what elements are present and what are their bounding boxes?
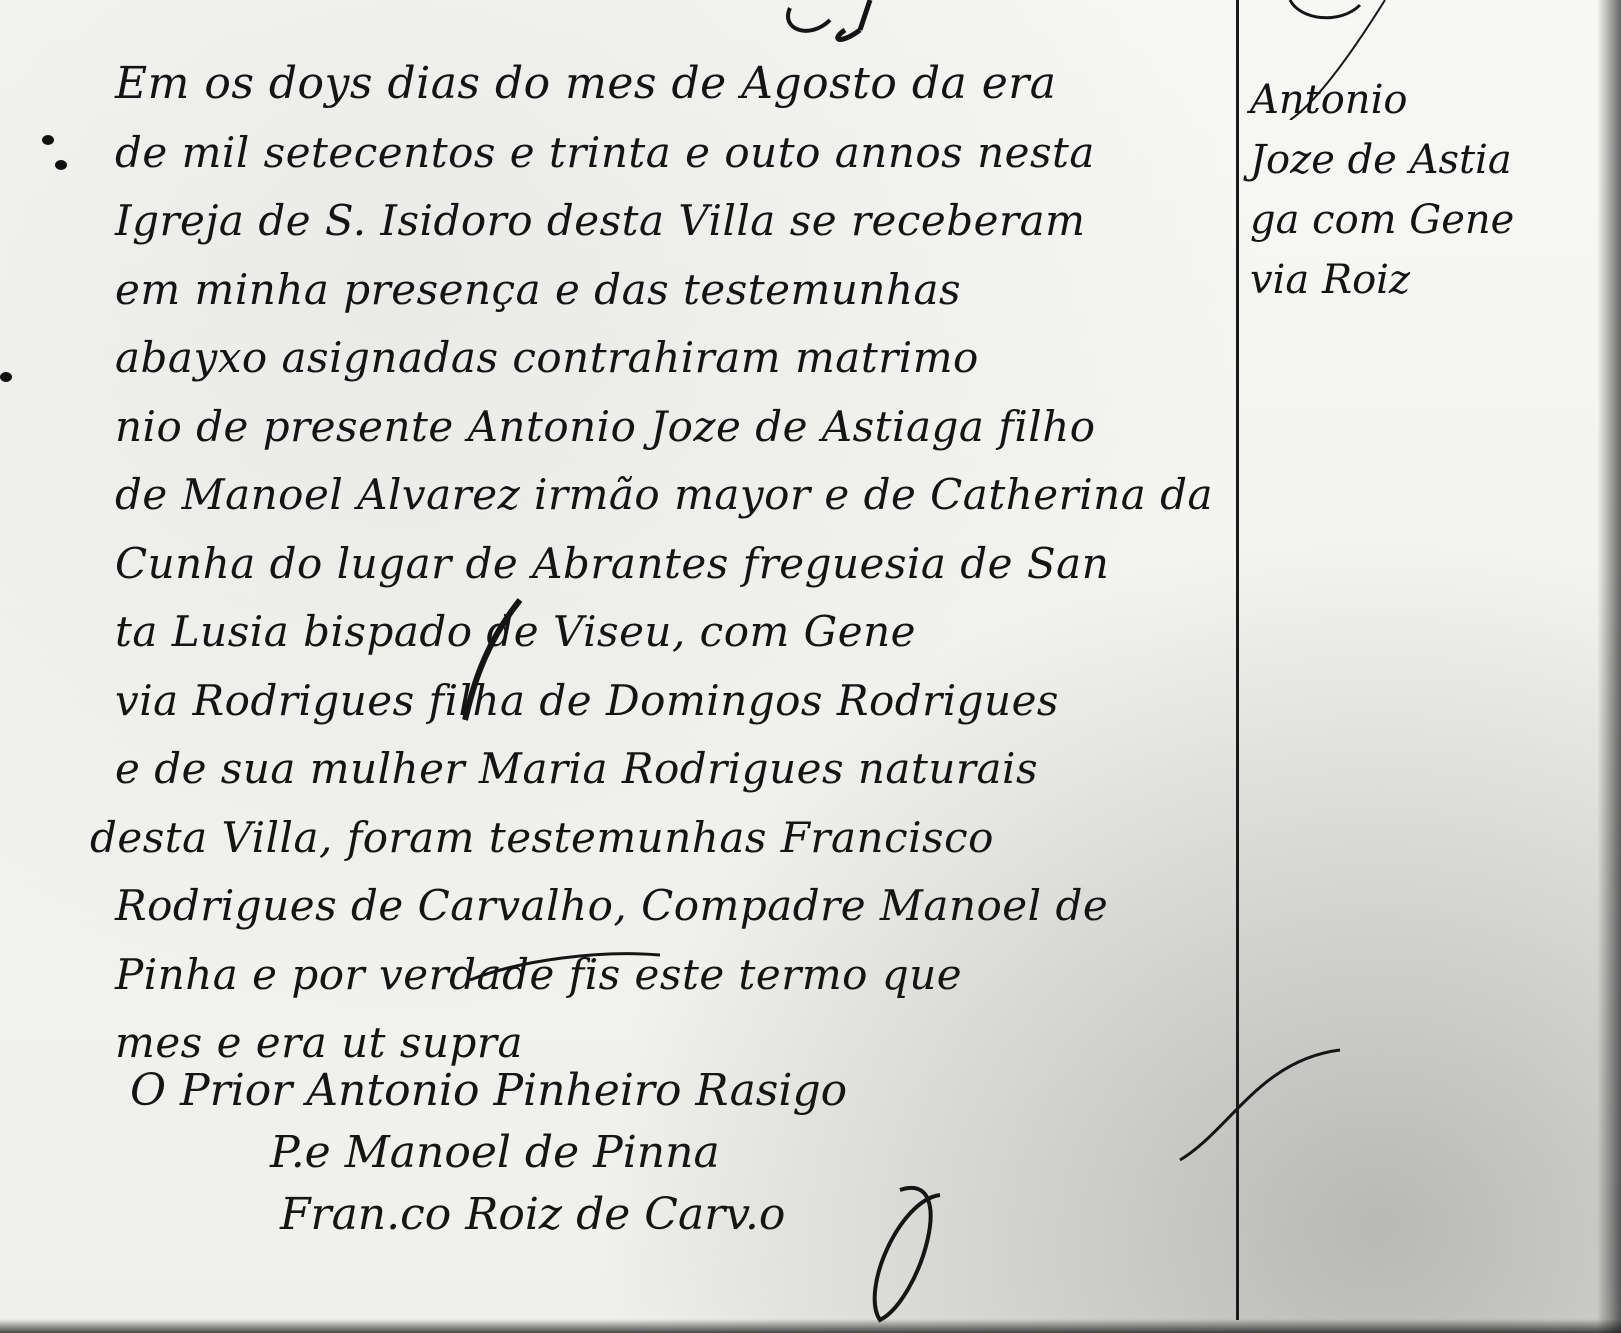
margin-note-line-1: Antonio <box>1250 70 1600 130</box>
entry-line-5: abayxo asignadas contrahiram matrimo <box>115 324 1225 393</box>
entry-line-9: ta Lusia bispado de Viseu, com Gene <box>115 598 1225 667</box>
margin-note-line-3: ga com Gene <box>1250 190 1600 250</box>
marriage-entry-text: Em os doys dias do mes de Agosto da era … <box>115 50 1225 1078</box>
entry-line-13: Rodrigues de Carvalho, Compadre Manoel d… <box>115 872 1225 941</box>
margin-colon-mark-top <box>42 135 54 145</box>
entry-line-1: Em os doys dias do mes de Agosto da era <box>115 50 1225 119</box>
entry-line-4: em minha presença e das testemunhas <box>115 256 1225 325</box>
signature-witness-1: P.e Manoel de Pinna <box>270 1122 1230 1184</box>
entry-line-12: desta Villa, foram testemunhas Francisco <box>90 804 1225 873</box>
entry-line-14: Pinha e por verdade fis este termo que <box>115 941 1225 1010</box>
entry-line-10: via Rodrigues filha de Domingos Rodrigue… <box>115 667 1225 736</box>
margin-note: Antonio Joze de Astia ga com Gene via Ro… <box>1250 70 1600 310</box>
entry-line-3: Igreja de S. Isidoro desta Villa se rece… <box>115 187 1225 256</box>
entry-line-8: Cunha do lugar de Abrantes freguesia de … <box>115 530 1225 599</box>
entry-line-6: nio de presente Antonio Joze de Astiaga … <box>115 393 1225 462</box>
signature-witness-2: Fran.co Roiz de Carv.o <box>280 1184 1230 1246</box>
entry-line-7: de Manoel Alvarez irmão mayor e de Cathe… <box>115 461 1225 530</box>
margin-note-line-2: Joze de Astia <box>1250 130 1600 190</box>
margin-note-line-4: via Roiz <box>1250 250 1600 310</box>
manuscript-page: Em os doys dias do mes de Agosto da era … <box>0 0 1621 1333</box>
margin-dot-mark <box>0 372 12 382</box>
page-bottom-edge <box>0 1319 1621 1333</box>
page-right-edge <box>1597 0 1621 1333</box>
margin-colon-mark-bottom <box>55 160 67 170</box>
margin-rule-line <box>1236 0 1239 1320</box>
signature-block: O Prior Antonio Pinheiro Rasigo P.e Mano… <box>130 1060 1230 1246</box>
signature-prior: O Prior Antonio Pinheiro Rasigo <box>130 1060 1230 1122</box>
entry-line-2: de mil setecentos e trinta e outo annos … <box>115 119 1225 188</box>
entry-line-11: e de sua mulher Maria Rodrigues naturais <box>115 735 1225 804</box>
